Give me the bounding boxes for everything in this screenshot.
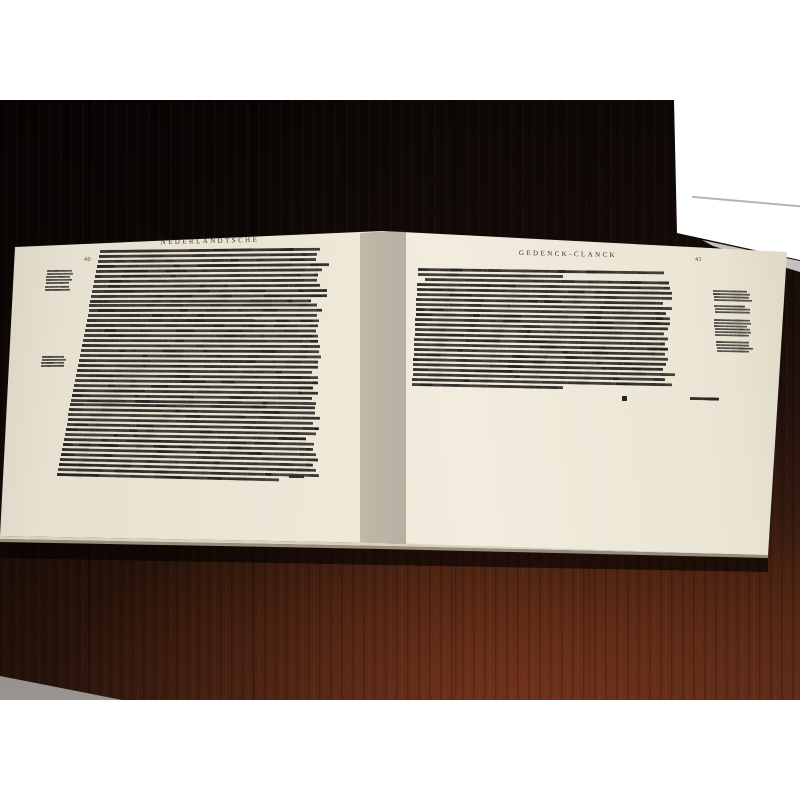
catchwords-and-signature-marks [0, 100, 800, 700]
white-background-top [0, 0, 800, 100]
book-photograph: NEDERLANDTSCHE 40 GEDENCK-CLANCK 41 [0, 100, 800, 700]
white-background-bottom [0, 700, 800, 800]
